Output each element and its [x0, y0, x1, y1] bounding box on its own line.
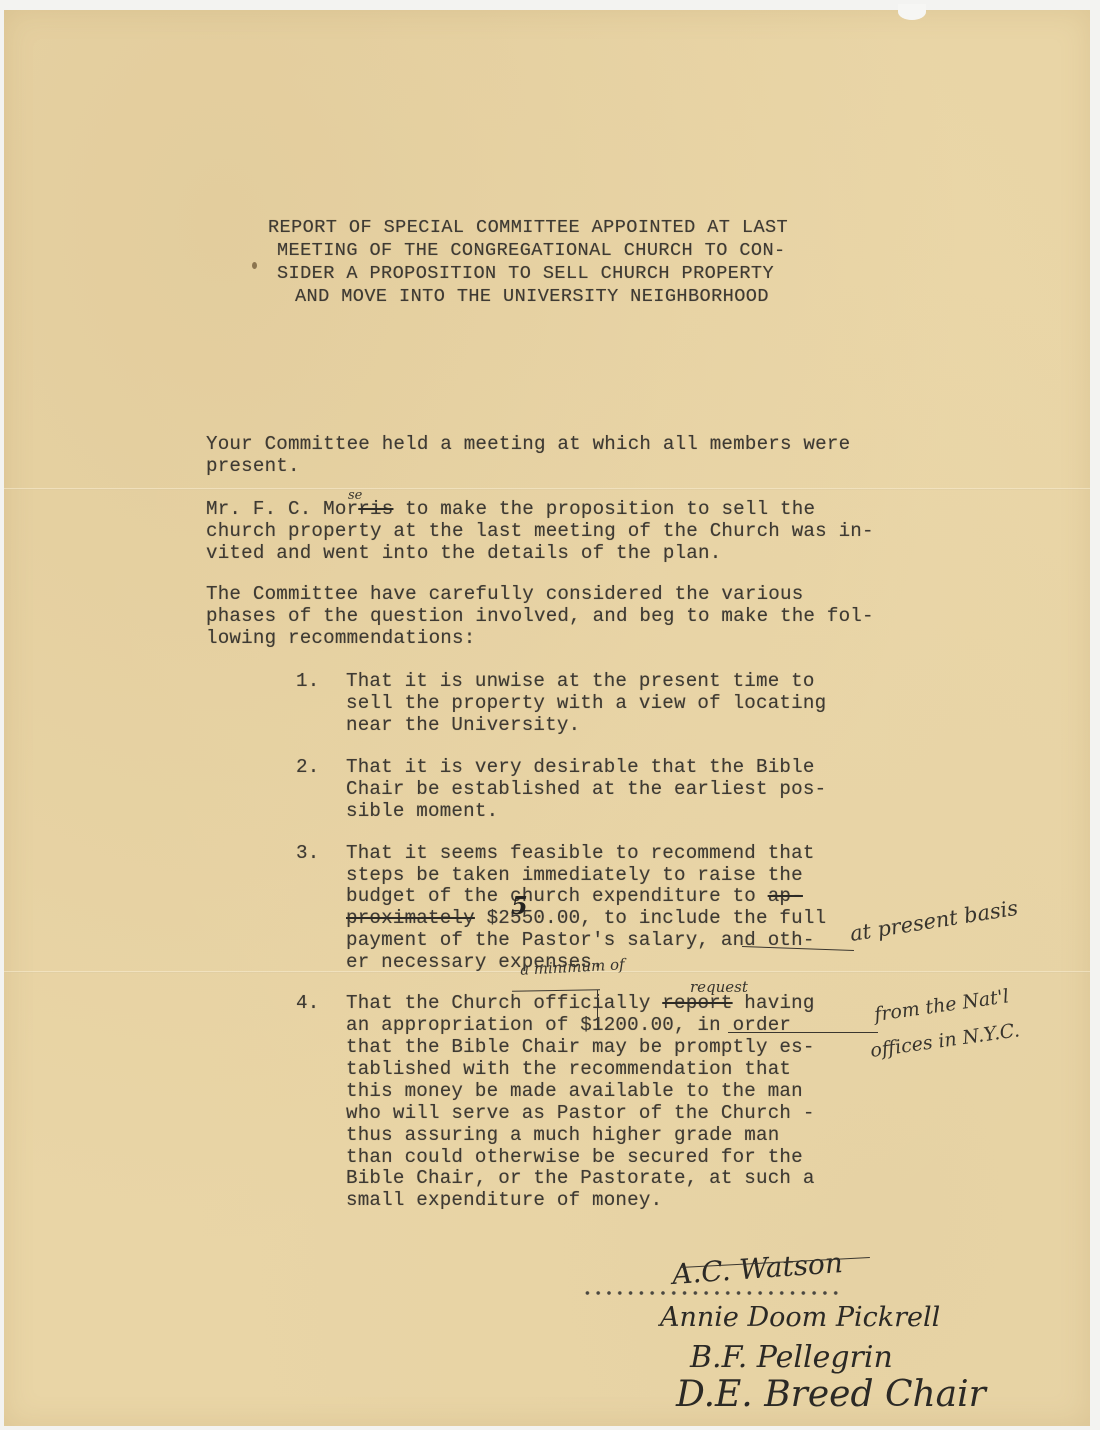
text-line: proximately $2550.00, to include the ful… — [346, 908, 826, 930]
item-number: 1. — [296, 671, 319, 693]
paper-tear — [898, 4, 926, 20]
text-line: than could otherwise be secured for the — [346, 1147, 803, 1169]
signature: B.F. Pellegrin — [690, 1340, 893, 1375]
ink-speck — [252, 262, 257, 269]
text-line: steps be taken immediately to raise the — [346, 865, 803, 887]
title-line: MEETING OF THE CONGREGATIONAL CHURCH TO … — [277, 239, 786, 262]
text-line: sell the property with a view of locatin… — [346, 693, 826, 715]
text-line: near the University. — [346, 715, 580, 737]
text-line: That it is very desirable that the Bible — [346, 757, 815, 779]
text-line: Your Committee held a meeting at which a… — [206, 434, 850, 456]
signature-dotted-line — [582, 1290, 844, 1296]
text-line: That it is unwise at the present time to — [346, 671, 815, 693]
struck-text: report — [662, 992, 732, 1014]
handwritten-digit-correction: 5 — [511, 891, 528, 920]
text-line: budget of the church expenditure to ap- — [346, 886, 803, 908]
text-line: that the Bible Chair may be promptly es- — [346, 1037, 815, 1059]
text-line: an appropriation of $1200.00, in order — [346, 1015, 791, 1037]
text-line: payment of the Pastor's salary, and oth- — [346, 930, 815, 952]
text-line: small expenditure of money. — [346, 1190, 662, 1212]
signature: D.E. Breed Chair — [676, 1374, 986, 1415]
text-line: sible moment. — [346, 801, 498, 823]
text-line: That the Church officially report having — [346, 993, 815, 1015]
item-number: 2. — [296, 757, 319, 779]
struck-text: ris — [358, 498, 393, 520]
text-line: That it seems feasible to recommend that — [346, 843, 815, 865]
text-line: who will serve as Pastor of the Church - — [346, 1103, 815, 1125]
text-line: The Committee have carefully considered … — [206, 584, 803, 606]
title-line: AND MOVE INTO THE UNIVERSITY NEIGHBORHOO… — [295, 285, 769, 308]
text-line: present. — [206, 456, 300, 478]
text-line: lowing recommendations: — [206, 628, 475, 650]
text-line: church property at the last meeting of t… — [206, 521, 874, 543]
fold-line — [4, 488, 1090, 490]
signature: Annie Doom Pickrell — [660, 1302, 940, 1333]
title-line: REPORT OF SPECIAL COMMITTEE APPOINTED AT… — [268, 216, 788, 239]
item-number: 4. — [296, 993, 319, 1015]
text-line: Bible Chair, or the Pastorate, at such a — [346, 1168, 815, 1190]
handwritten-insertion: se — [348, 488, 362, 503]
text-line: vited and went into the details of the p… — [206, 543, 721, 565]
text-line: Chair be established at the earliest pos… — [346, 779, 826, 801]
title-line: SIDER A PROPOSITION TO SELL CHURCH PROPE… — [277, 262, 774, 285]
handwritten-underline — [728, 1032, 878, 1033]
text-line: Mr. F. C. Morris to make the proposition… — [206, 499, 815, 521]
text-line: phases of the question involved, and beg… — [206, 606, 874, 628]
text-line: this money be made available to the man — [346, 1081, 803, 1103]
text-line: tablished with the recommendation that — [346, 1059, 791, 1081]
item-number: 3. — [296, 843, 319, 865]
struck-text: ap- — [768, 885, 803, 907]
struck-text: proximately — [346, 907, 475, 929]
text-line: thus assuring a much higher grade man — [346, 1125, 779, 1147]
